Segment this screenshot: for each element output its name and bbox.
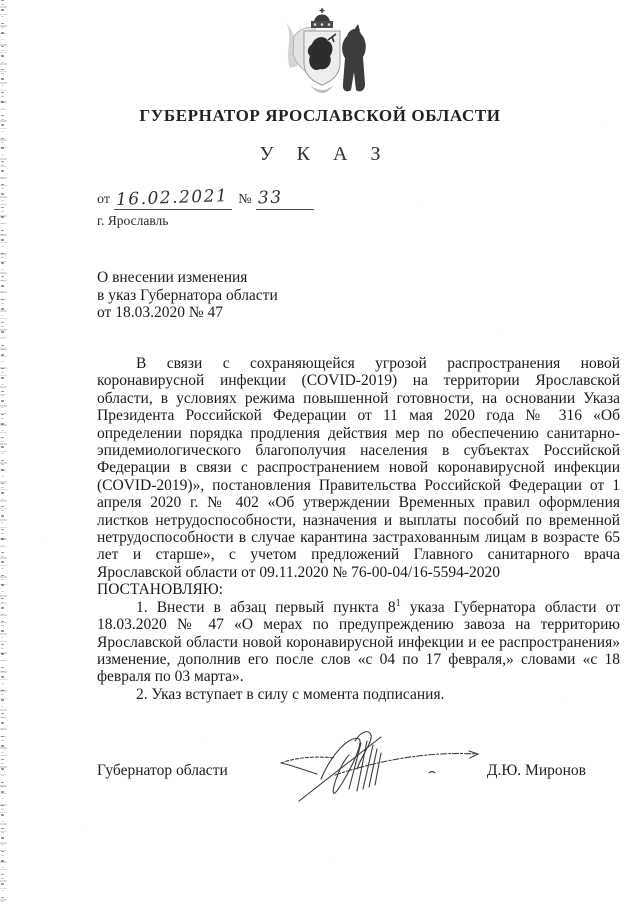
- number-handwritten: 33: [257, 188, 282, 209]
- resolution-word: ПОСТАНОВЛЯЮ:: [97, 581, 620, 598]
- date-label: от: [97, 192, 110, 208]
- preamble-paragraph: В связи с сохраняющейся угрозой распрост…: [97, 355, 620, 581]
- decree-item-2: 2. Указ вступает в силу с момента подпис…: [97, 686, 620, 703]
- yaroslavl-coat-of-arms-icon: [270, 6, 374, 98]
- number-underline: 33: [256, 188, 314, 210]
- city-label: г. Ярославль: [97, 213, 320, 229]
- signer-position: Губернатор области: [97, 762, 228, 780]
- date-underline: 16.02.2021: [114, 188, 232, 210]
- item1-text: 1. Внести в абзац первый пункта 8: [136, 599, 396, 616]
- scan-edge-artifact: [0, 0, 7, 905]
- signer-name: Д.Ю. Миронов: [487, 762, 586, 780]
- subject-line: О внесении изменения: [97, 269, 278, 287]
- document-type-heading: У К А З: [0, 143, 640, 166]
- number-label: №: [238, 192, 251, 208]
- signature-row: Губернатор области Д.Ю. Миронов: [97, 762, 586, 780]
- date-handwritten: 16.02.2021: [116, 186, 229, 210]
- subject-line: в указ Губернатора области: [97, 287, 278, 305]
- decree-body: В связи с сохраняющейся угрозой распрост…: [97, 355, 620, 703]
- issuer-title: ГУБЕРНАТОР ЯРОСЛАВСКОЙ ОБЛАСТИ: [0, 106, 640, 126]
- decree-item-1: 1. Внести в абзац первый пункта 81 указа…: [97, 599, 620, 686]
- scanned-decree-page: ГУБЕРНАТОР ЯРОСЛАВСКОЙ ОБЛАСТИ У К А З о…: [0, 0, 640, 905]
- scan-speckles: [0, 0, 1, 1]
- decree-subject: О внесении изменения в указ Губернатора …: [97, 269, 278, 322]
- subject-line: от 18.03.2020 № 47: [97, 304, 278, 322]
- document-meta: от 16.02.2021 № 33 г. Ярославль: [97, 188, 320, 229]
